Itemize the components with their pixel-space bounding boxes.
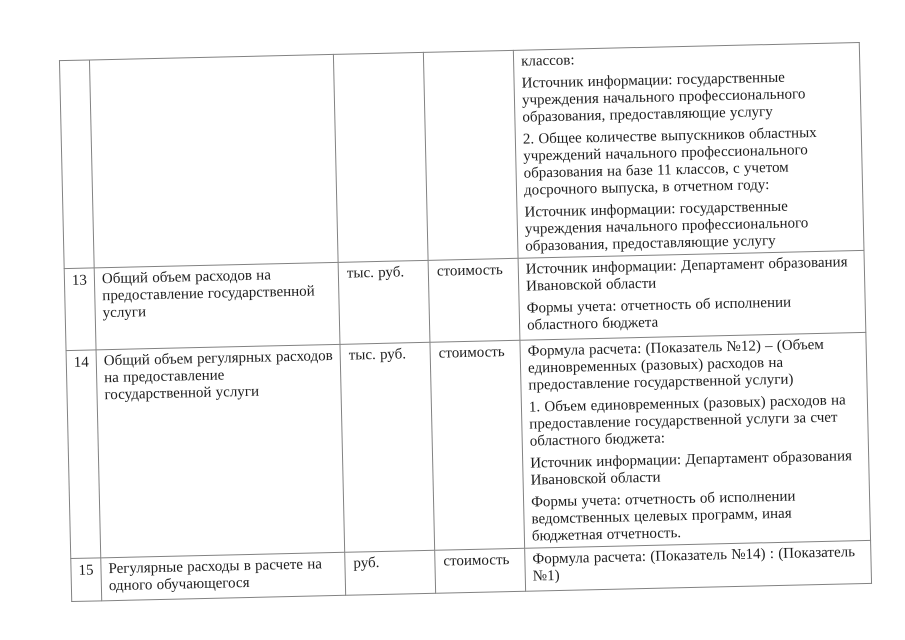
table-row-continuation: классов: Источник информации: государств…	[59, 42, 864, 268]
details-paragraph: Формула расчета: (Показатель №12) – (Объ…	[528, 336, 864, 395]
scanned-document-page: классов: Источник информации: государств…	[0, 0, 905, 640]
unit-cell: тыс. руб.	[338, 260, 430, 344]
details-paragraph: Источник информации: государственные учр…	[521, 68, 857, 127]
unit-cell	[333, 52, 428, 262]
details-paragraph: Формула расчета: (Показатель №14) : (Пок…	[532, 544, 868, 586]
unit-cell: руб.	[345, 550, 436, 595]
indicator-name-cell	[89, 54, 338, 267]
indicator-name-cell: Общий объем регулярных расходов на предо…	[96, 344, 345, 557]
type-cell: стоимость	[435, 548, 526, 593]
type-cell	[423, 50, 518, 260]
details-paragraph: 1. Объем единовременных (разовых) расход…	[529, 392, 865, 451]
unit-cell: тыс. руб.	[340, 342, 435, 552]
row-number-cell: 13	[64, 268, 96, 351]
details-cell: Источник информации: Департамент образов…	[518, 250, 866, 340]
indicators-table: классов: Источник информации: государств…	[59, 42, 872, 602]
type-cell: стоимость	[428, 258, 520, 342]
row-number-cell: 15	[71, 558, 102, 602]
indicator-name-cell: Регулярные расходы в расчете на одного о…	[101, 552, 346, 601]
row-number-cell	[59, 60, 94, 269]
details-paragraph: Источник информации: Департамент образов…	[530, 448, 866, 490]
row-number-cell: 14	[66, 350, 101, 559]
details-paragraph: Источник информации: государственные учр…	[524, 197, 860, 256]
details-paragraph: Формы учета: отчетность об исполнении об…	[527, 293, 863, 335]
details-cell: Формула расчета: (Показатель №14) : (Пок…	[525, 540, 872, 591]
details-paragraph: Источник информации: Департамент образов…	[526, 254, 862, 296]
details-cell: Формула расчета: (Показатель №12) – (Объ…	[520, 332, 871, 548]
details-paragraph: классов:	[521, 46, 856, 71]
indicator-name-cell: Общий объем расходов на предоставление г…	[94, 262, 340, 350]
details-cell: классов: Источник информации: государств…	[513, 42, 864, 258]
table-row-14: 14 Общий объем регулярных расходов на пр…	[66, 332, 871, 558]
type-cell: стоимость	[430, 340, 525, 550]
details-paragraph: Формы учета: отчетность об исполнении ве…	[531, 487, 867, 546]
details-paragraph: 2. Общее количестве выпускников областны…	[523, 124, 859, 200]
